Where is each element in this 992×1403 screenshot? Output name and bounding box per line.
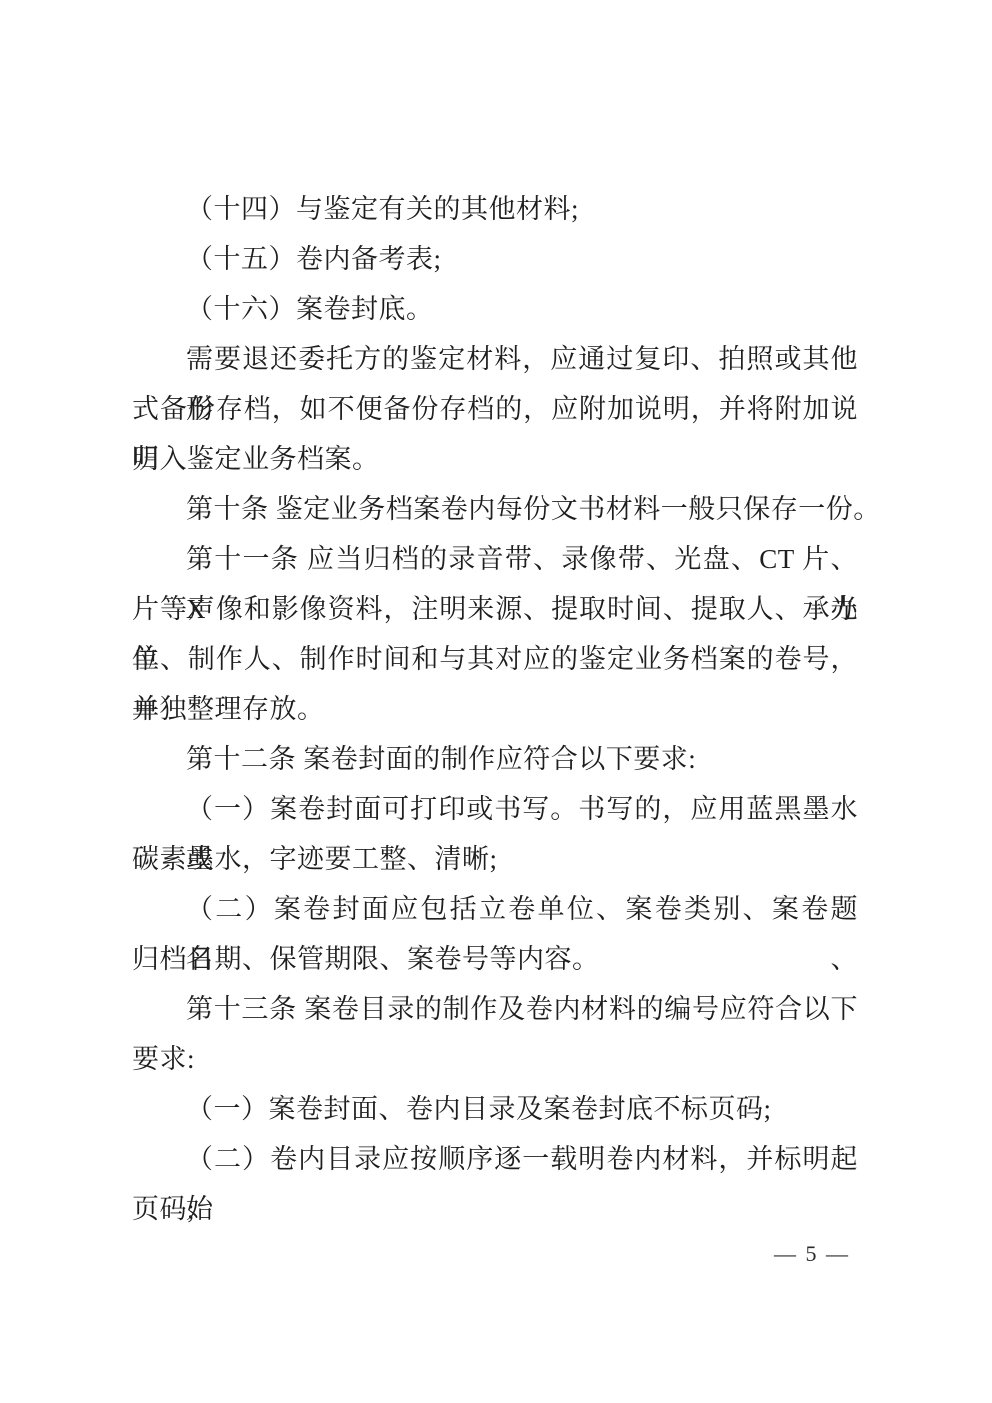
text-line-para-return-2: 式备份存档，如不便备份存档的，应附加说明，并将附加说明 <box>132 384 858 434</box>
text-line-article-11-3: 位、制作人、制作时间和与其对应的鉴定业务档案的卷号，并 <box>132 634 858 684</box>
page-number: — 5 — <box>774 1238 850 1270</box>
text-line-item-2b-2: 页码; <box>132 1184 858 1234</box>
text-line-para-return-1: 需要退还委托方的鉴定材料，应通过复印、拍照或其他形 <box>132 334 858 384</box>
text-line-para-return-3: 归入鉴定业务档案。 <box>132 434 858 484</box>
text-line-item-1a-1: （一）案卷封面可打印或书写。书写的，应用蓝黑墨水或 <box>132 784 858 834</box>
text-line-article-13-2: 要求: <box>132 1034 858 1084</box>
text-line-item-1b: （一）案卷封面、卷内目录及案卷封底不标页码; <box>132 1084 858 1134</box>
document-body: （十四）与鉴定有关的其他材料; （十五）卷内备考表; （十六）案卷封底。 需要退… <box>132 184 858 1234</box>
text-line-article-12: 第十二条 案卷封面的制作应符合以下要求: <box>132 734 858 784</box>
text-line-item-16: （十六）案卷封底。 <box>132 284 858 334</box>
text-line-item-2a-1: （二）案卷封面应包括立卷单位、案卷类别、案卷题名、 <box>132 884 858 934</box>
text-line-item-1a-2: 碳素墨水，字迹要工整、清晰; <box>132 834 858 884</box>
text-line-article-11-2: 片等声像和影像资料，注明来源、提取时间、提取人、承办单 <box>132 584 858 634</box>
text-line-item-14: （十四）与鉴定有关的其他材料; <box>132 184 858 234</box>
text-line-article-11-4: 单独整理存放。 <box>132 684 858 734</box>
text-line-article-11-1: 第十一条 应当归档的录音带、录像带、光盘、CT 片、X 光 <box>132 534 858 584</box>
text-line-article-10: 第十条 鉴定业务档案卷内每份文书材料一般只保存一份。 <box>132 484 858 534</box>
text-line-article-13-1: 第十三条 案卷目录的制作及卷内材料的编号应符合以下 <box>132 984 858 1034</box>
document-page: （十四）与鉴定有关的其他材料; （十五）卷内备考表; （十六）案卷封底。 需要退… <box>0 0 992 1403</box>
text-line-item-2b-1: （二）卷内目录应按顺序逐一载明卷内材料，并标明起始 <box>132 1134 858 1184</box>
text-line-item-15: （十五）卷内备考表; <box>132 234 858 284</box>
